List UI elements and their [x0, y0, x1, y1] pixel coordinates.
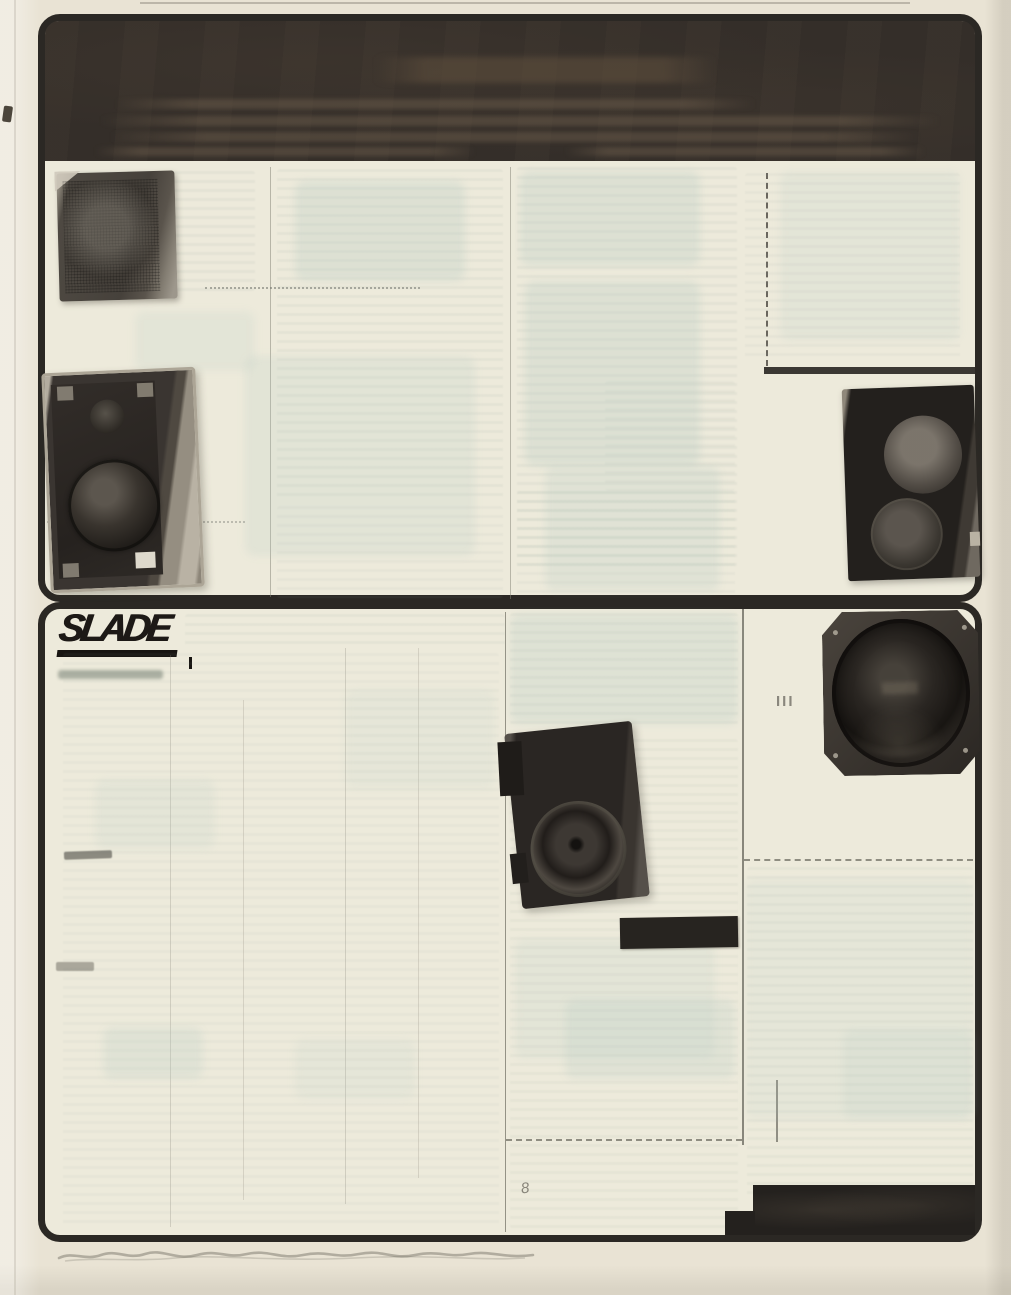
ghost-header-row: [100, 116, 940, 126]
mounting-screw: [962, 625, 967, 630]
ink-squiggle: [56, 962, 94, 971]
cabinet-side-flap: [497, 741, 524, 796]
top-ad-panel: [38, 14, 982, 602]
solid-black-bar: [620, 916, 739, 949]
ghost-patch: [520, 171, 700, 266]
speaker-driver: [526, 796, 632, 902]
mounting-screw: [963, 748, 968, 753]
ghost-patch: [345, 689, 495, 789]
ghost-text-block: [185, 614, 505, 648]
ghost-header-row: [110, 132, 920, 142]
ghost-patch: [510, 614, 738, 724]
top-panel-inner: [45, 21, 975, 595]
banner-foot: [725, 1211, 755, 1235]
header-banner: [45, 21, 975, 161]
octagonal-woofer-driver-photo: [822, 610, 981, 777]
column-rule: [510, 167, 511, 599]
bottom-ad-panel: SLADE: [38, 602, 982, 1242]
faint-center-badge: [882, 681, 918, 694]
mounting-screw: [833, 753, 838, 758]
ghost-headline: [375, 57, 715, 83]
bottom-panel-inner: SLADE: [45, 609, 975, 1235]
box-rule-horizontal: [764, 367, 975, 374]
ghost-header-row: [565, 147, 925, 156]
ink-smudge: [58, 670, 163, 679]
cabinet-side-flap: [510, 853, 529, 885]
corner-pad: [137, 382, 154, 397]
compact-grille-speaker-photo: [56, 170, 177, 301]
scanned-page: SLADE: [0, 0, 1011, 1295]
ghost-patch: [103, 1027, 203, 1079]
ghost-patch: [780, 171, 960, 341]
slade-logo-text: SLADE: [56, 609, 171, 650]
edge-ink-dash: [2, 105, 13, 122]
page-top-edge: [140, 2, 910, 4]
ghost-patch: [843, 1029, 973, 1119]
ghost-patch: [525, 281, 700, 466]
ghost-patch: [545, 466, 720, 591]
lower-driver: [869, 497, 943, 571]
ghost-patch: [95, 779, 215, 849]
dual-driver-speaker-photo: [842, 385, 981, 581]
corner-pad: [63, 563, 80, 578]
cabinet-edge-highlight: [970, 532, 980, 546]
ghost-patch: [245, 356, 475, 556]
speaker-badge: [135, 551, 156, 568]
paper-crease: [14, 0, 16, 1295]
speaker-grille-texture: [62, 179, 161, 294]
mounting-screw: [833, 630, 838, 635]
pencil-annotation: [55, 1246, 555, 1266]
ghost-patch: [295, 1039, 415, 1099]
ghost-patch: [295, 181, 465, 281]
corner-pad: [57, 386, 74, 401]
ghost-patch: [135, 311, 255, 371]
dashed-rule: [744, 859, 973, 861]
bookshelf-speaker-photo: [504, 721, 650, 909]
iii-mark: III: [776, 693, 795, 710]
tower-two-way-speaker-photo: [41, 367, 204, 594]
bottom-right-black-banner: [753, 1185, 975, 1235]
ghost-patch: [565, 999, 735, 1079]
ghost-header-row: [115, 99, 755, 109]
ink-squiggle: [64, 850, 112, 860]
column-rule-main: [742, 609, 744, 1145]
upper-driver: [882, 414, 963, 495]
ghost-header-row: [95, 147, 475, 156]
